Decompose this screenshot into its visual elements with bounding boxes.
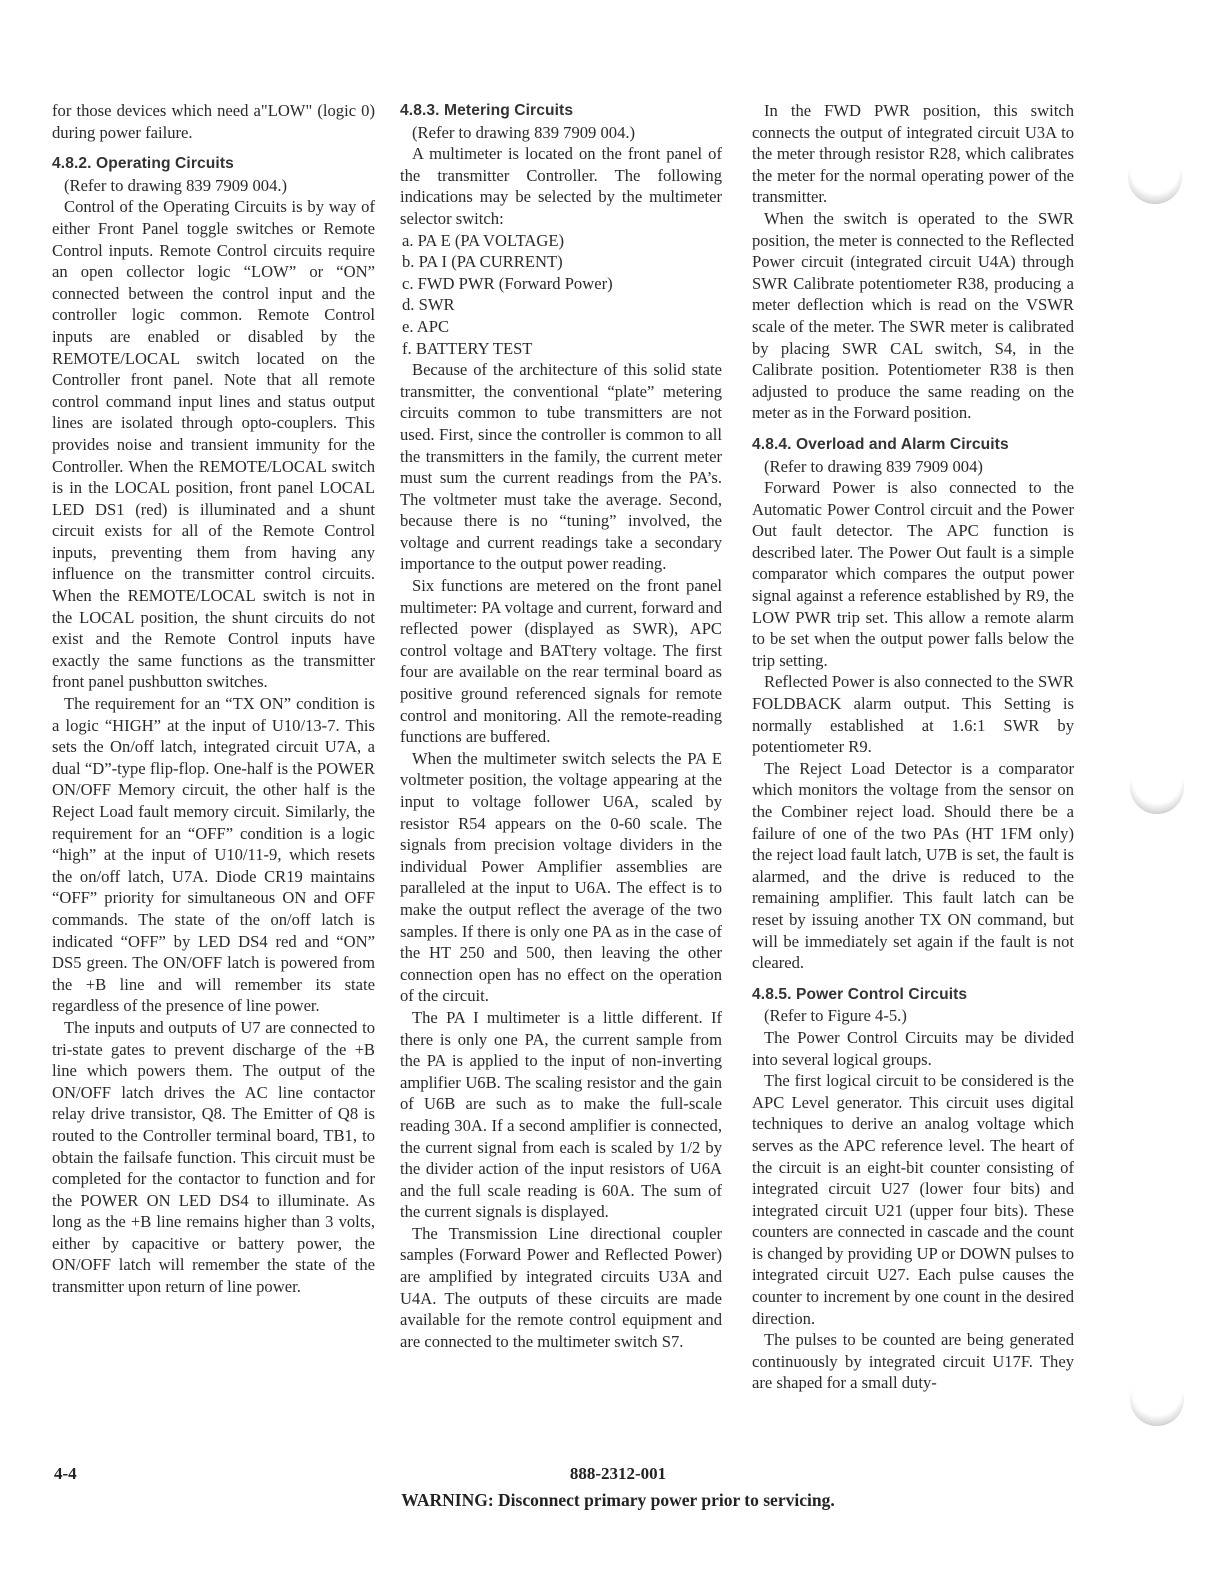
paragraph: The Transmission Line directional cou­pl…	[400, 1223, 722, 1353]
section-heading-4-8-3: 4.8.3. Metering Circuits	[400, 100, 722, 122]
binder-hole-icon	[1130, 760, 1184, 814]
list-item: a. PA E (PA VOLTAGE)	[402, 230, 722, 252]
section-heading-4-8-4: 4.8.4. Overload and Alarm Circuits	[752, 434, 1074, 456]
section-reference: (Refer to drawing 839 7909 004.)	[400, 122, 722, 144]
left-column: for those devices which need a"LOW" (log…	[52, 100, 375, 1298]
section-heading-4-8-5: 4.8.5. Power Control Circuits	[752, 984, 1074, 1006]
list-item: c. FWD PWR (Forward Power)	[402, 273, 722, 295]
paragraph: The requirement for an “TX ON” condi­tio…	[52, 693, 375, 1017]
list-item: b. PA I (PA CURRENT)	[402, 251, 722, 273]
paragraph: The Reject Load Detector is a comparator…	[752, 758, 1074, 974]
paragraph: In the FWD PWR position, this switch con…	[752, 100, 1074, 208]
paragraph: Control of the Operating Circuits is by …	[52, 196, 375, 693]
right-column: In the FWD PWR position, this switch con…	[752, 100, 1074, 1394]
binder-hole-icon	[1130, 1372, 1184, 1426]
paragraph: The PA I multimeter is a little differen…	[400, 1007, 722, 1223]
paragraph: When the switch is operated to the SWR p…	[752, 208, 1074, 424]
middle-column: 4.8.3. Metering Circuits (Refer to drawi…	[400, 100, 722, 1352]
manual-page: for those devices which need a"LOW" (log…	[0, 0, 1224, 1584]
paragraph: Reflected Power is also connected to the…	[752, 671, 1074, 757]
document-number: 888-2312-001	[0, 1464, 1224, 1484]
list-item: d. SWR	[402, 294, 722, 316]
paragraph: When the multimeter switch selects the P…	[400, 748, 722, 1007]
paragraph: Because of the architecture of this soli…	[400, 359, 722, 575]
paragraph: The Power Control Circuits may be di­vid…	[752, 1027, 1074, 1070]
paragraph: The first logical circuit to be consider…	[752, 1070, 1074, 1329]
list-item: f. BATTERY TEST	[402, 338, 722, 360]
meter-selection-list: a. PA E (PA VOLTAGE) b. PA I (PA CURRENT…	[400, 230, 722, 360]
section-heading-4-8-2: 4.8.2. Operating Circuits	[52, 153, 375, 175]
paragraph: Forward Power is also connected to the A…	[752, 477, 1074, 671]
safety-warning: WARNING: Disconnect primary power prior …	[0, 1490, 1224, 1511]
intro-paragraph: for those devices which need a"LOW" (log…	[52, 100, 375, 143]
paragraph: Six functions are metered on the front p…	[400, 575, 722, 748]
paragraph: The pulses to be counted are being gener…	[752, 1329, 1074, 1394]
section-reference: (Refer to drawing 839 7909 004.)	[52, 175, 375, 197]
list-item: e. APC	[402, 316, 722, 338]
section-reference: (Refer to Figure 4-5.)	[752, 1005, 1074, 1027]
section-reference: (Refer to drawing 839 7909 004)	[752, 456, 1074, 478]
paragraph: The inputs and outputs of U7 are con­nec…	[52, 1017, 375, 1298]
binder-hole-icon	[1128, 150, 1182, 204]
paragraph: A multimeter is located on the front pan…	[400, 143, 722, 229]
